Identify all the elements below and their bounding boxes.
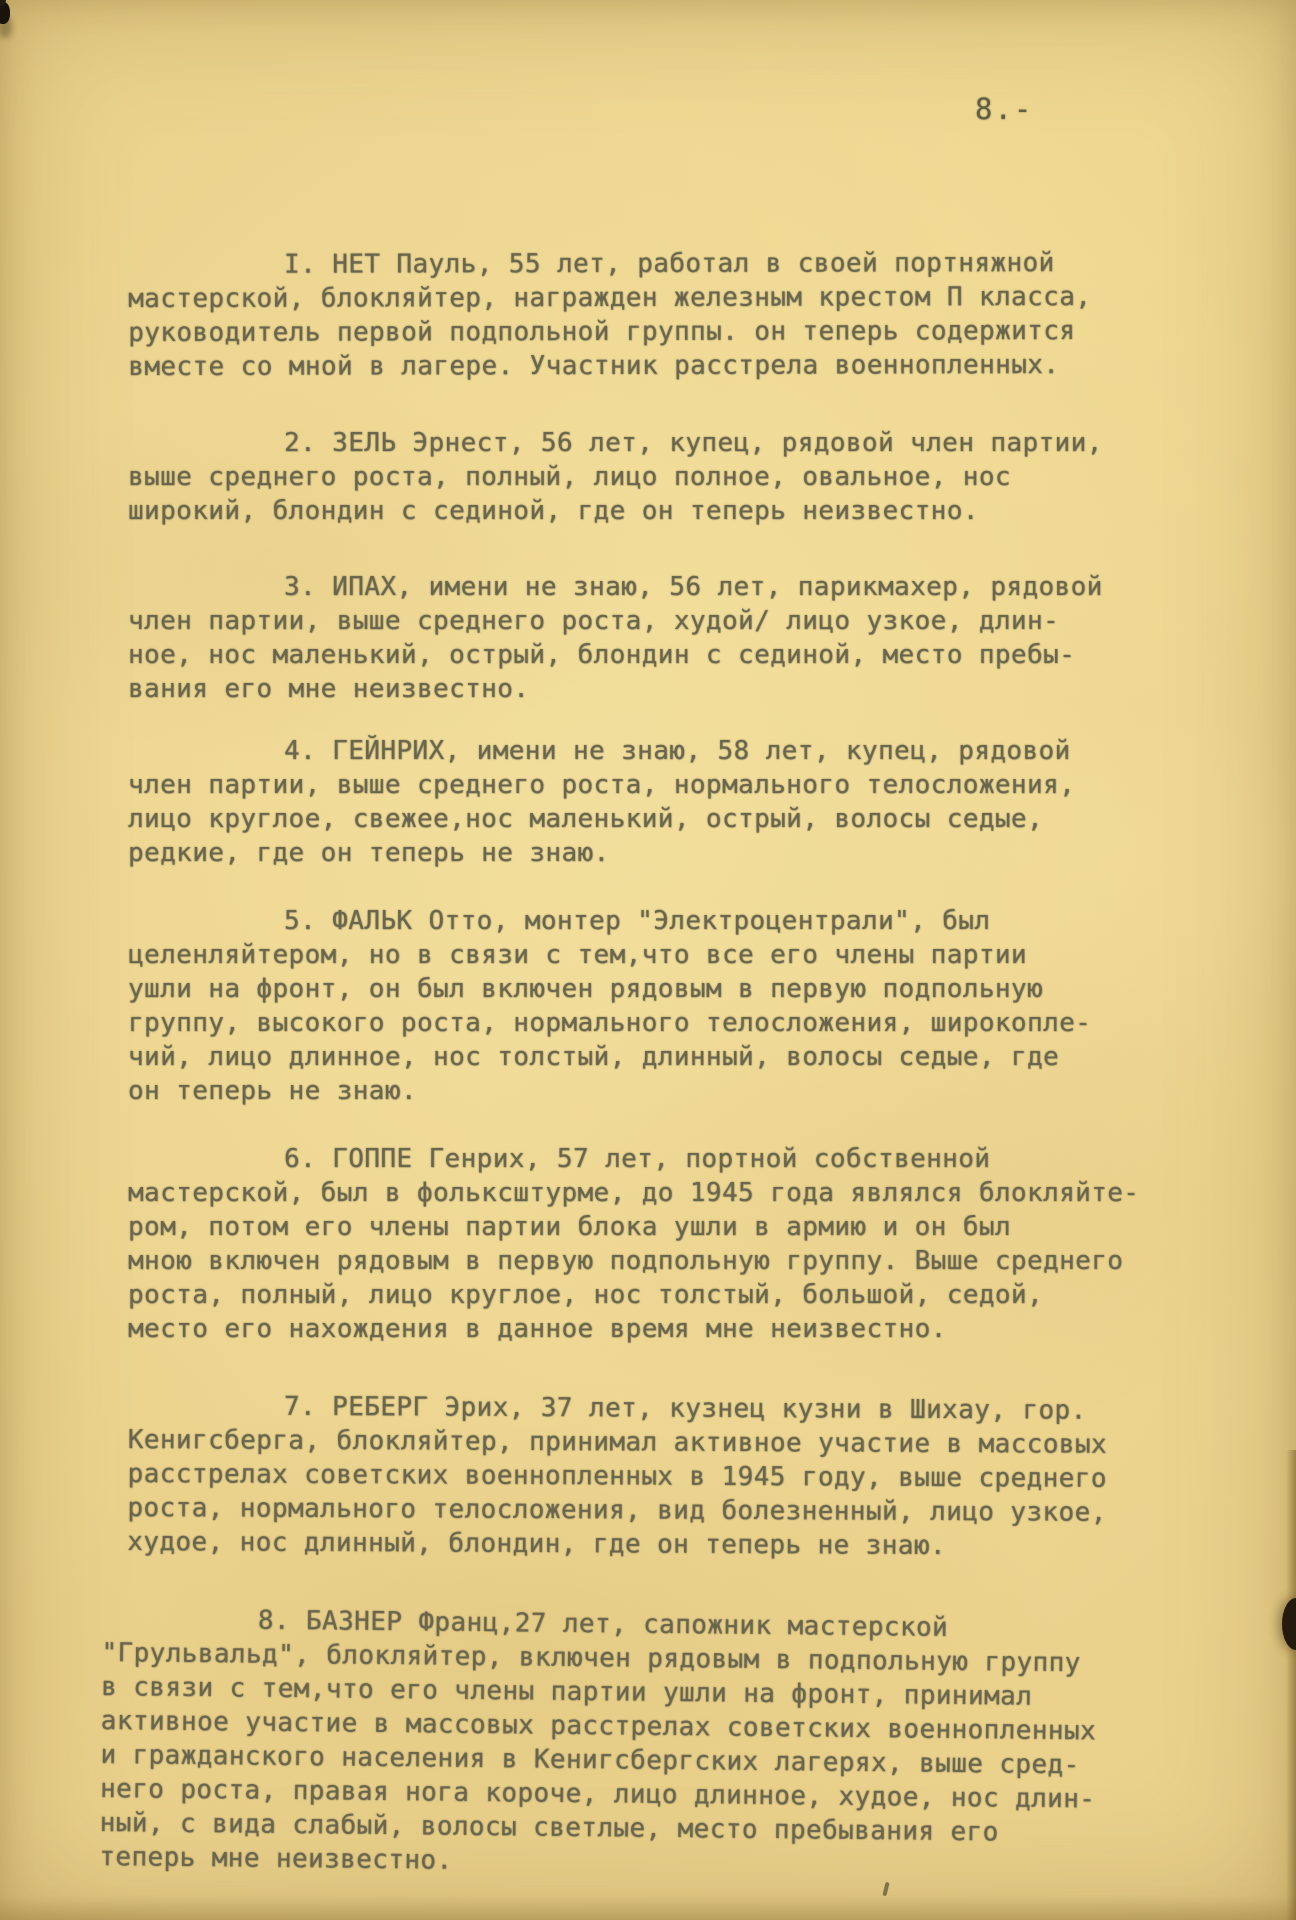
- text-line: 2. ЗЕЛЬ Эрнест, 56 лет, купец, рядовой ч…: [128, 426, 1208, 460]
- text-line: лицо круглое, свежее,нос маленький, остр…: [128, 802, 1208, 836]
- text-line: группу, высокого роста, нормального тело…: [128, 1006, 1208, 1040]
- scan-artifact-pen-mark: [882, 1882, 889, 1897]
- scanned-document-page: 8.- I. НЕТ Пауль, 55 лет, работал в свое…: [0, 0, 1296, 1920]
- paragraph-8: 8. БАЗНЕР Франц,27 лет, сапожник мастерс…: [99, 1602, 1208, 1886]
- text-line: худое, нос длинный, блондин, где он тепе…: [127, 1525, 1207, 1564]
- text-line: выше среднего роста, полный, лицо полное…: [128, 460, 1208, 494]
- text-line: 7. РЕБЕРГ Эрих, 37 лет, кузнец кузни в Ш…: [128, 1389, 1208, 1428]
- text-line: он теперь не знаю.: [128, 1074, 1208, 1108]
- paragraph-6: 6. ГОППЕ Генрих, 57 лет, портной собстве…: [128, 1142, 1208, 1346]
- text-line: I. НЕТ Пауль, 55 лет, работал в своей по…: [128, 246, 1208, 282]
- scan-artifact-right-edge-notch: [1282, 1598, 1296, 1650]
- text-line: Кенигсберга, блокляйтер, принимал активн…: [128, 1423, 1208, 1462]
- scan-artifact-corner-mark: [0, 0, 6, 6]
- text-line: роста, нормального телосложения, вид бол…: [127, 1491, 1207, 1530]
- text-line: чий, лицо длинное, нос толстый, длинный,…: [128, 1040, 1208, 1074]
- text-line: член партии, выше среднего роста, нормал…: [128, 768, 1208, 802]
- scan-artifact-bottom-shadow: [0, 1896, 1296, 1920]
- scan-artifact-top-left-mark: [0, 2, 10, 24]
- text-line: ушли на фронт, он был включен рядовым в …: [128, 972, 1208, 1006]
- paragraph-7: 7. РЕБЕРГ Эрих, 37 лет, кузнец кузни в Ш…: [127, 1389, 1208, 1564]
- text-line: ром, потом его члены партии блока ушли в…: [128, 1210, 1208, 1244]
- text-line: член партии, выше среднего роста, худой/…: [128, 604, 1208, 638]
- paragraph-1: I. НЕТ Пауль, 55 лет, работал в своей по…: [128, 246, 1208, 384]
- text-line: ное, нос маленький, острый, блондин с се…: [128, 638, 1208, 672]
- paragraph-3: 3. ИПАХ, имени не знаю, 56 лет, парикмах…: [128, 570, 1208, 706]
- text-line: вания его мне неизвестно.: [128, 672, 1208, 706]
- paragraph-2: 2. ЗЕЛЬ Эрнест, 56 лет, купец, рядовой ч…: [128, 426, 1208, 528]
- page-number: 8.-: [975, 92, 1033, 126]
- text-line: место его нахождения в данное время мне …: [128, 1312, 1208, 1346]
- text-line: редкие, где он теперь не знаю.: [128, 836, 1208, 870]
- text-line: расстрелах советских военнопленных в 194…: [128, 1457, 1208, 1496]
- scan-artifact-right-edge-shadow: [1286, 1450, 1296, 1920]
- text-line: широкий, блондин с сединой, где он тепер…: [128, 494, 1208, 528]
- text-line: вместе со мной в лагере. Участник расстр…: [128, 348, 1208, 384]
- text-line: мною включен рядовым в первую подпольную…: [128, 1244, 1208, 1278]
- document-body: I. НЕТ Пауль, 55 лет, работал в своей по…: [128, 248, 1208, 1874]
- text-line: целенляйтером, но в связи с тем,что все …: [128, 938, 1208, 972]
- text-line: мастерской, был в фольксштурме, до 1945 …: [128, 1176, 1208, 1210]
- text-line: роста, полный, лицо круглое, нос толстый…: [128, 1278, 1208, 1312]
- text-line: 3. ИПАХ, имени не знаю, 56 лет, парикмах…: [128, 570, 1208, 604]
- text-line: руководитель первой подпольной группы. о…: [128, 314, 1208, 350]
- paragraph-5: 5. ФАЛЬК Отто, монтер "Электроцентрали",…: [128, 904, 1208, 1108]
- text-line: 4. ГЕЙНРИХ, имени не знаю, 58 лет, купец…: [128, 734, 1208, 768]
- text-line: 5. ФАЛЬК Отто, монтер "Электроцентрали",…: [128, 904, 1208, 938]
- paragraph-4: 4. ГЕЙНРИХ, имени не знаю, 58 лет, купец…: [128, 734, 1208, 870]
- text-line: мастерской, блокляйтер, награжден железн…: [128, 280, 1208, 316]
- text-line: 6. ГОППЕ Генрих, 57 лет, портной собстве…: [128, 1142, 1208, 1176]
